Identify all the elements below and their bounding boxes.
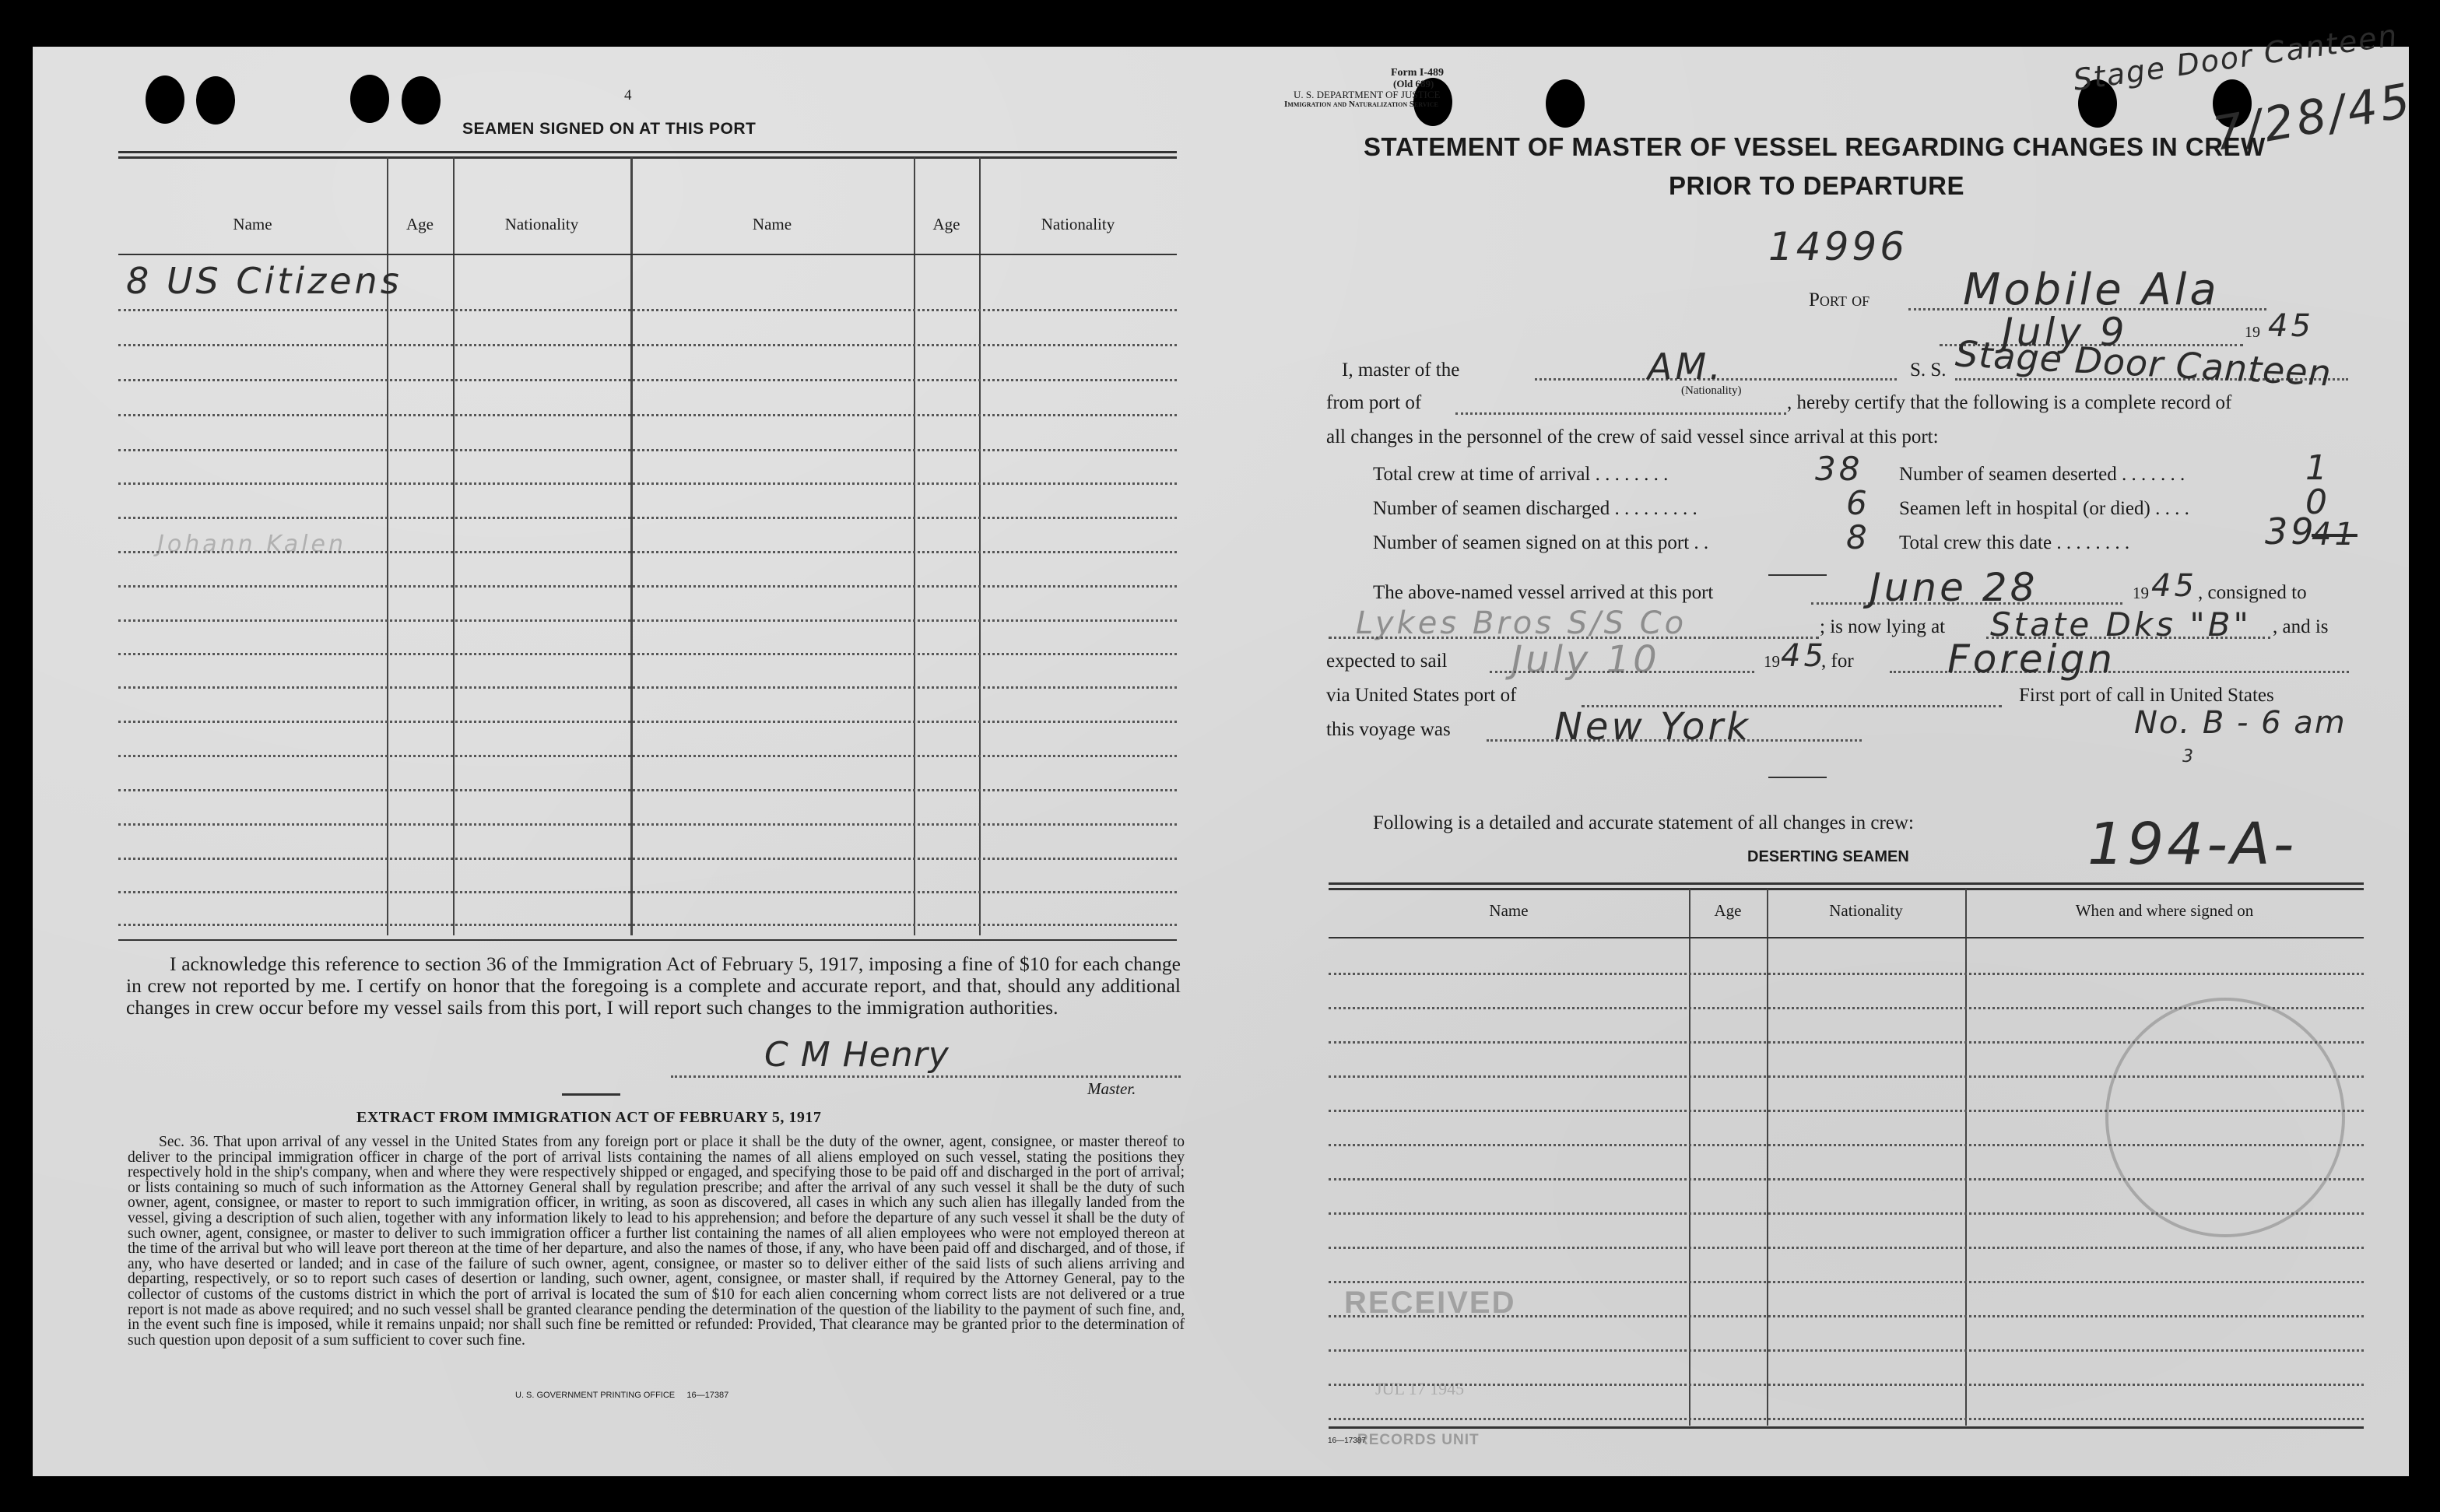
column-header-nationality: Nationality (453, 215, 630, 234)
total-today-struck-value: 41 (2312, 517, 2357, 553)
extract-title: EXTRACT FROM IMMIGRATION ACT OF FEBRUARY… (356, 1109, 821, 1127)
divider (1768, 777, 1827, 778)
column-header-nationality: Nationality (1767, 901, 1965, 921)
table-row[interactable] (118, 755, 1177, 757)
column-header-name: Name (1329, 901, 1689, 921)
table-row[interactable] (118, 379, 1177, 381)
certify-text: , hereby certify that the following is a… (1787, 392, 2231, 414)
table-row[interactable] (118, 414, 1177, 416)
deserting-seamen-table: Name Age Nationality When and where sign… (1329, 889, 2364, 1426)
arrived-label: The above-named vessel arrived at this p… (1373, 582, 1713, 604)
table-row[interactable] (118, 686, 1177, 689)
table-row[interactable] (1329, 1349, 2364, 1352)
ss-label: S. S. (1910, 360, 1947, 381)
voyage-label: this voyage was (1326, 719, 1451, 741)
table-row[interactable] (1329, 1418, 2364, 1420)
from-port-field[interactable] (1455, 412, 1786, 415)
sail-date: July 10 (1511, 638, 1660, 682)
table-bottom-rule (1329, 1426, 2364, 1429)
nationality-caption: (Nationality) (1681, 384, 1741, 398)
sail-year-prefix: 19 (1764, 652, 1780, 672)
column-divider (979, 157, 981, 935)
discharged-value: 6 (1846, 484, 1870, 522)
acknowledgment-text: I acknowledge this reference to section … (126, 953, 1181, 1019)
column-divider (453, 157, 455, 935)
lying-label: ; is now lying at (1820, 616, 1945, 638)
signed-on-value: 8 (1846, 518, 1870, 556)
printer-line: U. S. GOVERNMENT PRINTING OFFICE 16—1738… (515, 1391, 728, 1400)
total-today-label: Total crew this date . . . . . . . . (1899, 532, 2129, 554)
voyage-value: New York (1554, 705, 1751, 749)
table-row[interactable] (118, 653, 1177, 655)
table-row[interactable] (118, 924, 1177, 926)
table-row[interactable] (118, 789, 1177, 791)
discharged-label: Number of seamen discharged . . . . . . … (1373, 498, 1697, 520)
column-header-name: Name (118, 215, 387, 234)
port-value: Mobile Ala (1963, 265, 2220, 315)
arrived-year-prefix: 19 (2133, 584, 2149, 603)
total-today-value: 39 (2265, 510, 2317, 553)
form-title-line1: STATEMENT OF MASTER OF VESSEL REGARDING … (1364, 132, 2266, 162)
sail-year: 45 (1781, 638, 1827, 674)
and-is-label: , and is (2273, 616, 2329, 638)
column-header-age: Age (1689, 901, 1767, 921)
column-header-age-2: Age (914, 215, 979, 234)
nationality-value: AM. (1648, 346, 1724, 388)
deserted-label: Number of seamen deserted . . . . . . . (1899, 464, 2185, 486)
table-row[interactable] (118, 891, 1177, 893)
column-divider (630, 157, 633, 935)
destination-value: Foreign (1947, 637, 2115, 682)
column-header-nationality-2: Nationality (979, 215, 1177, 234)
column-header-when-where: When and where signed on (1965, 901, 2364, 921)
port-label: Port of (1809, 289, 1869, 311)
table-row[interactable] (118, 619, 1177, 622)
extract-body: Sec. 36. That upon arrival of any vessel… (128, 1135, 1185, 1348)
year-prefix: 19 (2245, 324, 2260, 342)
consignee-value: Lykes Bros S/S Co (1356, 605, 1687, 641)
signature-label: Master. (1087, 1079, 1136, 1099)
sail-label: expected to sail (1326, 651, 1448, 672)
bleed-through-signature: Johann Kalen (157, 531, 346, 558)
total-crew-arrival-label: Total crew at time of arrival . . . . . … (1373, 464, 1668, 486)
table-row[interactable] (118, 721, 1177, 723)
circular-stamp (2105, 998, 2345, 1237)
master-signature: C M Henry (764, 1035, 950, 1075)
table-row[interactable] (118, 858, 1177, 860)
table-row[interactable] (1329, 1247, 2364, 1249)
column-header-age: Age (387, 215, 453, 234)
section-title: SEAMEN SIGNED ON AT THIS PORT (462, 120, 756, 139)
hospital-label: Seamen left in hospital (or died) . . . … (1899, 498, 2189, 520)
annotation-small: 3 (2182, 747, 2196, 767)
table-bottom-rule (118, 939, 1177, 941)
punch-hole (350, 75, 389, 123)
signed-on-table: Name Age Nationality Name Age Nationalit… (118, 157, 1177, 936)
column-divider (914, 157, 915, 935)
arrived-year: 45 (2151, 568, 2197, 604)
table-row[interactable] (118, 823, 1177, 826)
table-row[interactable] (1329, 973, 2364, 975)
page-number: 4 (624, 87, 632, 104)
document-sheet: 4 SEAMEN SIGNED ON AT THIS PORT Name Age… (33, 47, 2409, 1476)
received-stamp: RECEIVED (1344, 1286, 1516, 1321)
following-text: Following is a detailed and accurate sta… (1373, 812, 1914, 834)
for-label: , for (1821, 651, 1854, 672)
signature-line[interactable] (671, 1075, 1181, 1078)
punch-hole (146, 75, 184, 124)
table-row[interactable] (118, 449, 1177, 451)
divider (1768, 574, 1827, 576)
arrived-date: June 28 (1869, 565, 2038, 610)
table-row[interactable] (118, 309, 1177, 311)
records-unit-stamp: RECORDS UNIT (1357, 1432, 1480, 1449)
punch-hole (196, 76, 235, 125)
via-label: via United States port of (1326, 685, 1516, 707)
column-divider (1965, 889, 1967, 1426)
file-number: 14996 (1768, 224, 1908, 269)
signed-on-label: Number of seamen signed on at this port … (1373, 532, 1708, 554)
header-rule (118, 254, 1177, 255)
from-port-label: from port of (1326, 392, 1421, 414)
first-call-label: First port of call in United States (2019, 685, 2274, 707)
table-row[interactable] (118, 517, 1177, 519)
header-rule (1329, 937, 2364, 938)
punch-hole (402, 76, 441, 125)
received-date-stamp: JUL 17 1945 (1375, 1379, 1464, 1399)
table-row[interactable] (118, 585, 1177, 588)
punch-hole (1546, 79, 1585, 128)
deserting-title: DESERTING SEAMEN (1747, 848, 1909, 866)
total-crew-arrival-value: 38 (1815, 450, 1862, 488)
master-label: I, master of the (1342, 360, 1459, 381)
annotation-departure: No. B - 6 am (2134, 705, 2347, 741)
column-header-name-2: Name (630, 215, 914, 234)
consigned-label: , consigned to (2198, 582, 2307, 604)
table-row[interactable] (1329, 1281, 2364, 1283)
table-row[interactable] (118, 482, 1177, 485)
column-divider (1689, 889, 1690, 1426)
certify-text-2: all changes in the personnel of the crew… (1326, 426, 1939, 448)
divider (562, 1093, 620, 1096)
entry-name-us-citizens: 8 US Citizens (126, 260, 402, 302)
form-title-line2: PRIOR TO DEPARTURE (1669, 171, 1964, 201)
table-row[interactable] (1329, 1384, 2364, 1386)
table-row[interactable] (118, 344, 1177, 346)
annotation-code: 194-A- (2087, 811, 2297, 878)
service-name: Immigration and Naturalization Service (1284, 100, 1438, 109)
column-divider (1767, 889, 1768, 1426)
year-value: 45 (2268, 308, 2314, 344)
